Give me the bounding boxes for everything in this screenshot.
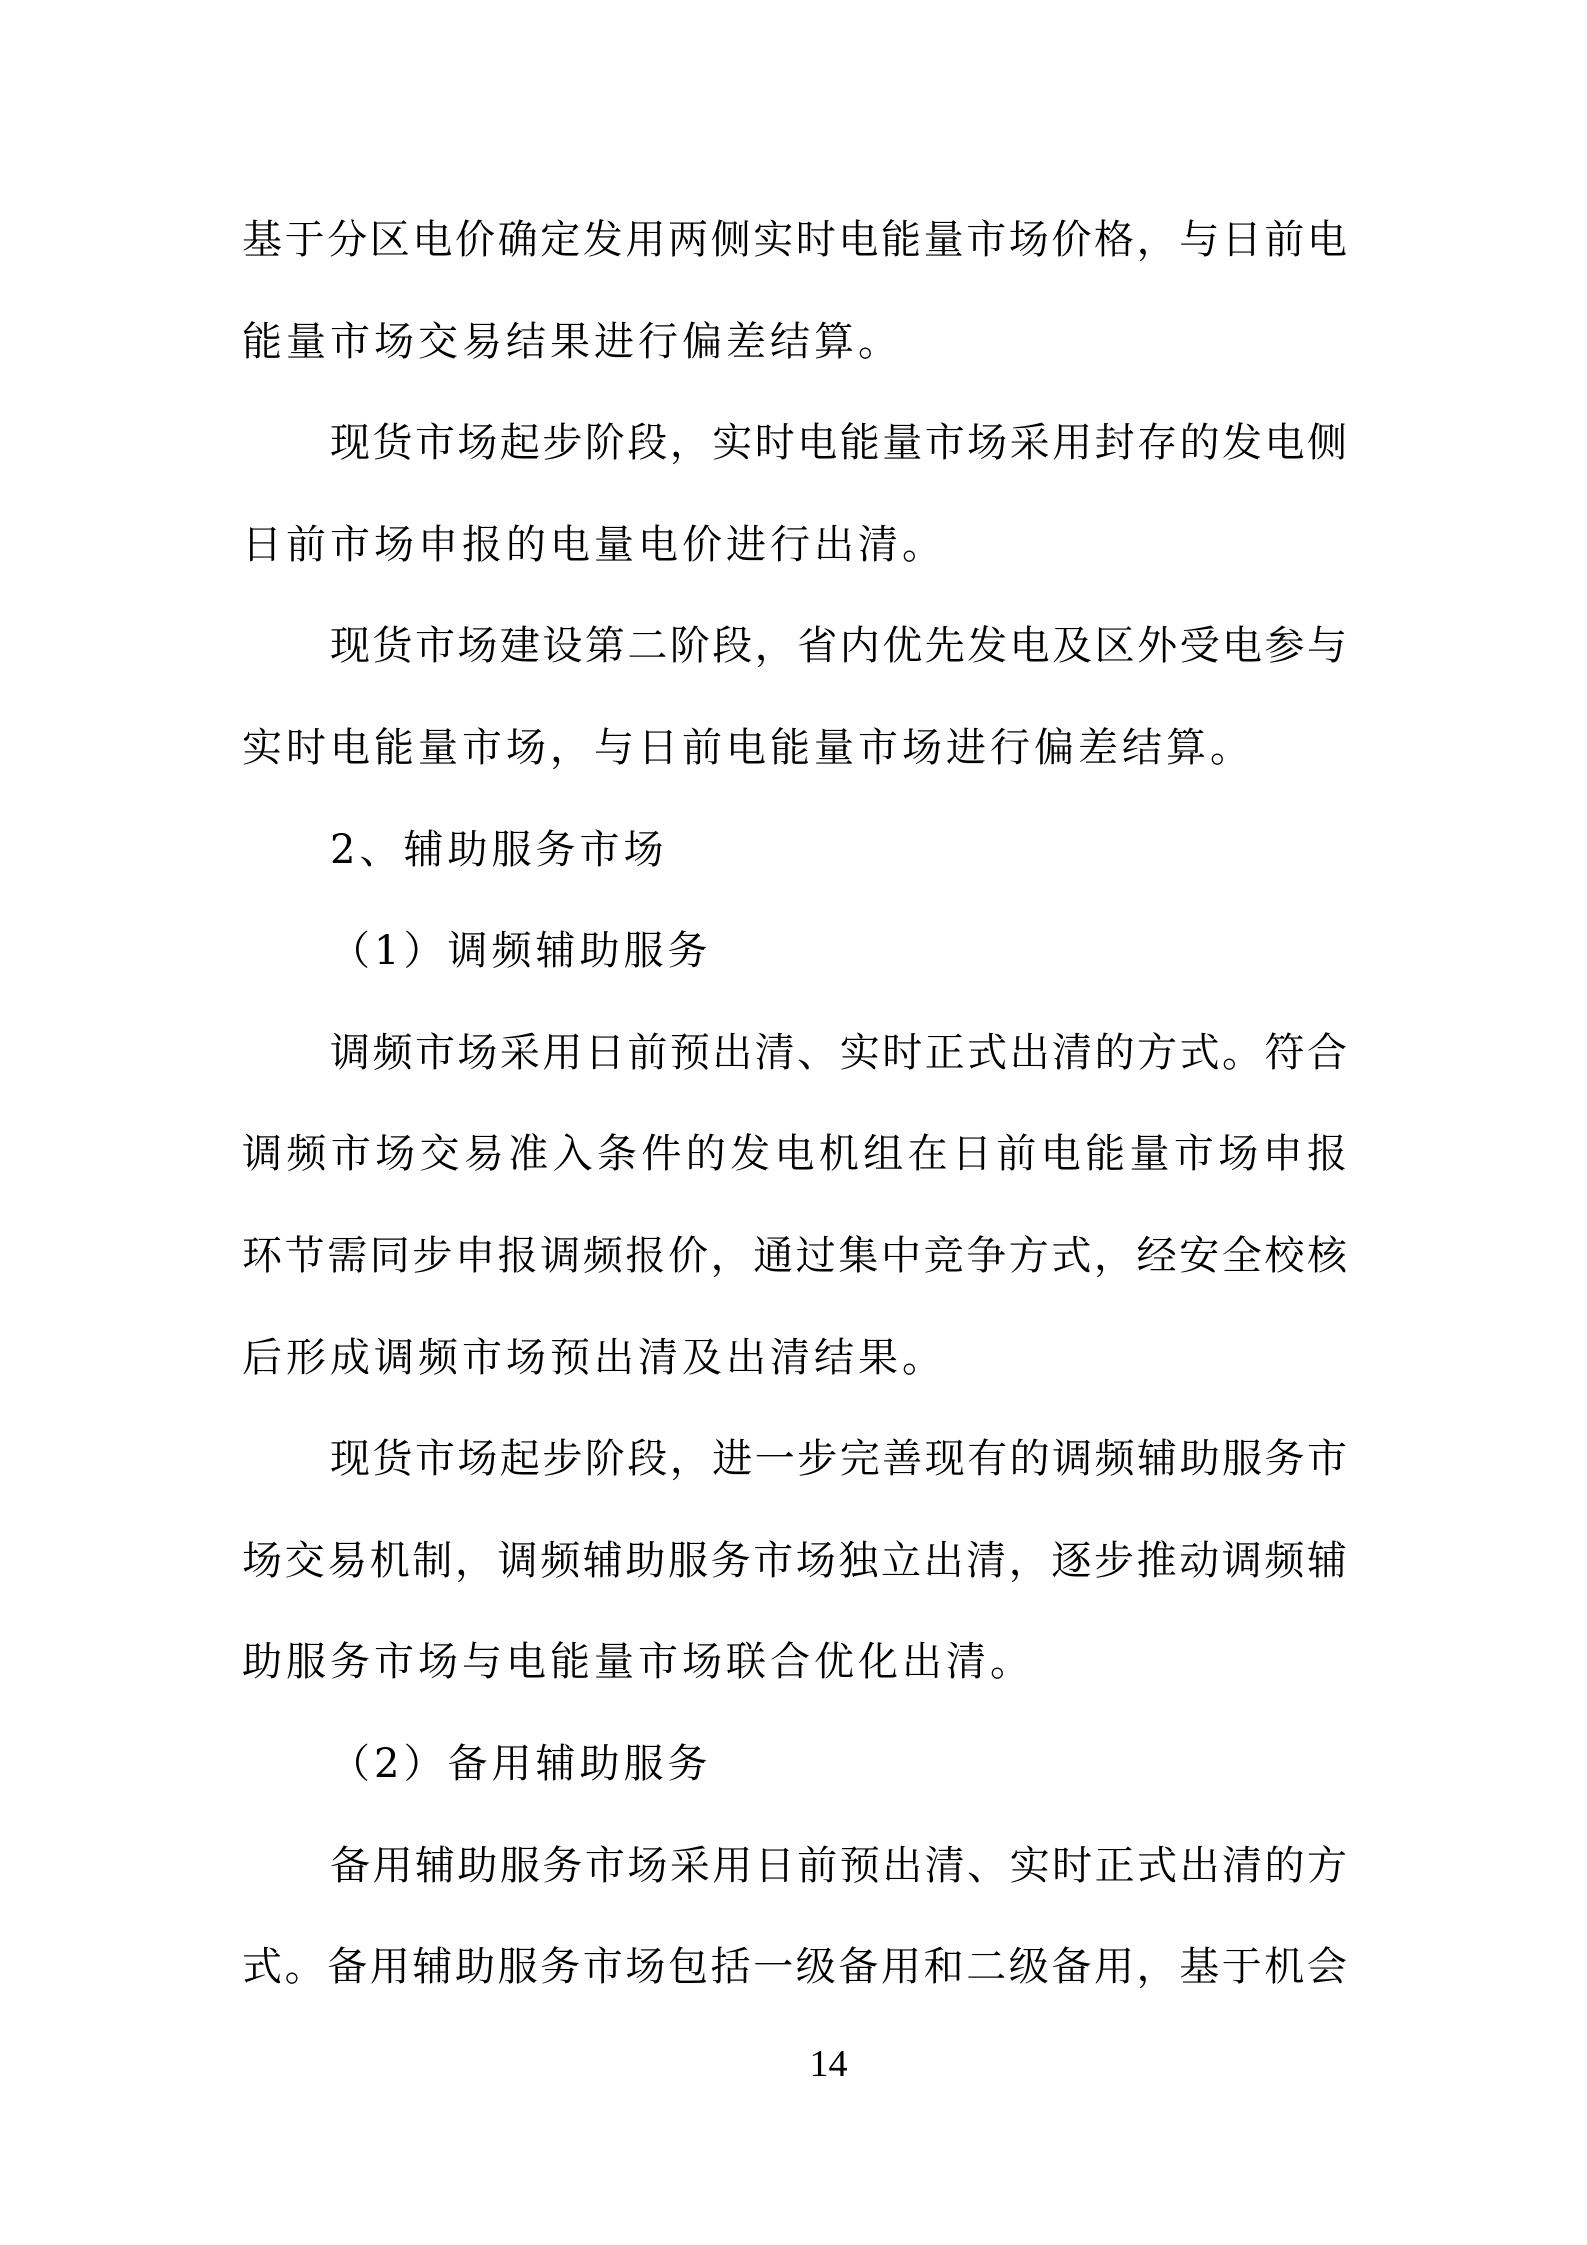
text-line: 助服务市场与电能量市场联合优化出清。 <box>242 1612 1347 1714</box>
paragraph-start-line: 备用辅助服务市场采用日前预出清、实时正式出清的方 <box>242 1816 1347 1918</box>
paragraph-start-line: 调频市场采用日前预出清、实时正式出清的方式。符合 <box>242 1003 1347 1105</box>
text-line: 场交易机制，调频辅助服务市场独立出清，逐步推动调频辅 <box>242 1511 1347 1613</box>
text-line: 式。备用辅助服务市场包括一级备用和二级备用，基于机会 <box>242 1917 1347 2019</box>
text-line: 调频市场交易准入条件的发电机组在日前电能量市场申报 <box>242 1104 1347 1206</box>
text-line: 实时电能量市场，与日前电能量市场进行偏差结算。 <box>242 698 1347 800</box>
text-line: 日前市场申报的电量电价进行出清。 <box>242 495 1347 597</box>
text-line: 基于分区电价确定发用两侧实时电能量市场价格，与日前电 <box>242 190 1347 292</box>
document-page: 基于分区电价确定发用两侧实时电能量市场价格，与日前电 能量市场交易结果进行偏差结… <box>0 0 1587 2245</box>
document-body: 基于分区电价确定发用两侧实时电能量市场价格，与日前电 能量市场交易结果进行偏差结… <box>242 190 1347 2019</box>
page-number: 14 <box>0 2040 1587 2088</box>
subsection-heading: （1）调频辅助服务 <box>242 901 1347 1003</box>
text-line: 后形成调频市场预出清及出清结果。 <box>242 1308 1347 1410</box>
paragraph-start-line: 现货市场起步阶段，实时电能量市场采用封存的发电侧 <box>242 393 1347 495</box>
text-line: 环节需同步申报调频报价，通过集中竞争方式，经安全校核 <box>242 1206 1347 1308</box>
text-line: 能量市场交易结果进行偏差结算。 <box>242 292 1347 394</box>
section-heading: 2、辅助服务市场 <box>242 800 1347 902</box>
paragraph-start-line: 现货市场起步阶段，进一步完善现有的调频辅助服务市 <box>242 1409 1347 1511</box>
paragraph-start-line: 现货市场建设第二阶段，省内优先发电及区外受电参与 <box>242 596 1347 698</box>
subsection-heading: （2）备用辅助服务 <box>242 1714 1347 1816</box>
